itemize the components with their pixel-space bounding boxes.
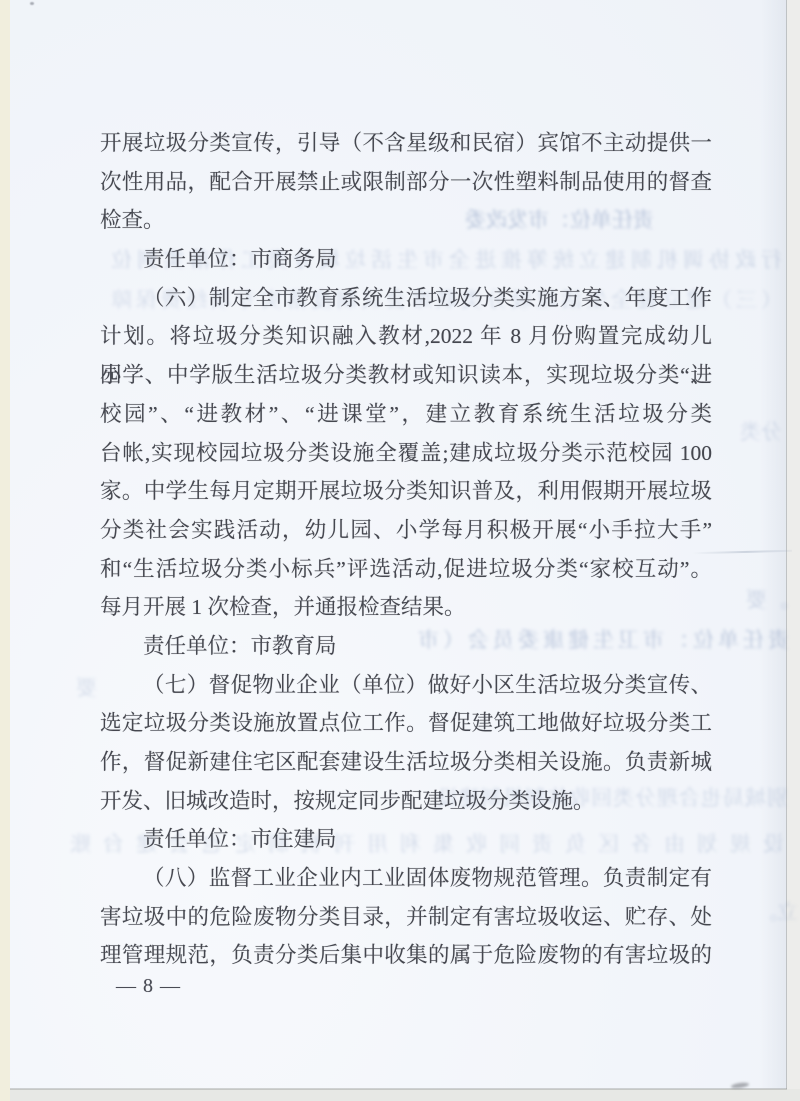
text-line: （七）督促物业企业（单位）做好小区生活垃圾分类宣传、 xyxy=(100,666,712,705)
text-line: 开发、旧城改造时，按规定同步配建垃圾分类设施。 xyxy=(100,782,712,821)
text-line: 小学、中学版生活垃圾分类教材或知识读本，实现垃圾分类“进 xyxy=(100,356,712,395)
text-line: （八）监督工业企业内工业固体废物规范管理。负责制定有 xyxy=(100,859,712,898)
text-line: 理管理规范，负责分类后集中收集的属于危险废物的有害垃圾的 xyxy=(100,936,712,975)
scanned-document-page: 责任单位：市发改委行政协调机制建立统筹推进全市生活垃圾分类工作落实到位（三）建立… xyxy=(0,0,800,1101)
text-line: （六）制定全市教育系统生活垃圾分类实施方案、年度工作 xyxy=(100,279,712,318)
scan-left-edge xyxy=(0,0,10,1101)
text-line: 检查。 xyxy=(100,201,712,240)
text-line: 开展垃圾分类宣传，引导（不含星级和民宿）宾馆不主动提供一 xyxy=(100,124,712,163)
text-line: 责任单位：市商务局 xyxy=(100,240,712,279)
text-line: 责任单位：市教育局 xyxy=(100,627,712,666)
text-line: 家。中学生每月定期开展垃圾分类知识普及，利用假期开展垃圾 xyxy=(100,472,712,511)
page-number: — 8 — xyxy=(116,974,181,998)
text-line: 次性用品，配合开展禁止或限制部分一次性塑料制品使用的督查 xyxy=(100,163,712,202)
text-line: 计划。将垃圾分类知识融入教材,2022 年 8 月份购置完成幼儿园、 xyxy=(100,317,712,356)
text-line: 选定垃圾分类设施放置点位工作。督促建筑工地做好垃圾分类工 xyxy=(100,704,712,743)
text-line: 作，督促新建住宅区配套建设生活垃圾分类相关设施。负责新城 xyxy=(100,743,712,782)
page-bottom-edge xyxy=(10,1088,787,1090)
text-line: 校园”、“进教材”、“进课堂”，建立教育系统生活垃圾分类 xyxy=(100,395,712,434)
text-line: 和“生活垃圾分类小标兵”评选活动,促进垃圾分类“家校互动”。 xyxy=(100,550,712,589)
document-text-block: 开展垃圾分类宣传，引导（不含星级和民宿）宾馆不主动提供一次性用品，配合开展禁止或… xyxy=(100,124,712,975)
text-line: 分类社会实践活动，幼儿园、小学每月积极开展“小手拉大手” xyxy=(100,511,712,550)
text-line: 台帐,实现校园垃圾分类设施全覆盖;建成垃圾分类示范校园 100 xyxy=(100,434,712,473)
text-line: 每月开展 1 次检查，并通报检查结果。 xyxy=(100,588,712,627)
page-right-shadow xyxy=(760,0,787,1089)
scanner-right-margin xyxy=(787,0,800,1089)
text-line: 责任单位：市住建局 xyxy=(100,820,712,859)
dust-speck xyxy=(30,2,34,5)
text-line: 害垃圾中的危险废物分类目录，并制定有害垃圾收运、贮存、处 xyxy=(100,898,712,937)
